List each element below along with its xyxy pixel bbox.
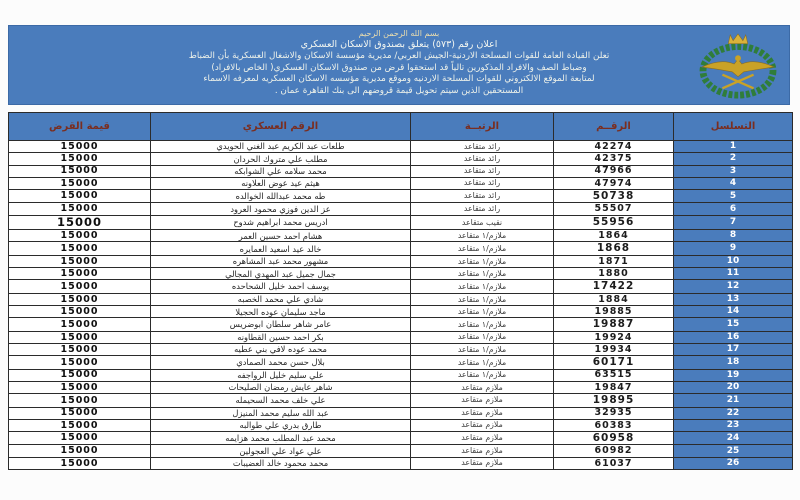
rank-cell: ملازم متقاعد — [411, 457, 554, 469]
loan-value-cell: 15000 — [9, 255, 151, 267]
announcement-banner: بسم الله الرحمن الرحيم اعلان رقم (٥٧٣) ي… — [8, 25, 790, 105]
rank-cell: ملازم متقاعد — [411, 381, 554, 393]
serial-cell: 20 — [674, 381, 793, 393]
loan-value-cell: 15000 — [9, 190, 151, 203]
number-cell: 1871 — [554, 255, 674, 267]
serial-cell: 21 — [674, 394, 793, 407]
loan-value-cell: 15000 — [9, 445, 151, 457]
table-row: 347966رائد متقاعدمحمد سلامه علي الشوابكه… — [9, 165, 793, 177]
serial-cell: 26 — [674, 457, 793, 469]
table-row: 447974رائد متقاعدهيثم عيد عوض العلاونه15… — [9, 177, 793, 189]
loan-value-cell: 15000 — [9, 268, 151, 280]
name-cell: شاهر عايش رمضان الصليحات — [151, 381, 411, 393]
name-cell: علي سليم خليل الرواجفه — [151, 369, 411, 381]
name-cell: محمد عوده لافي بني عطيه — [151, 343, 411, 355]
rank-column-header: الرتبــة — [411, 113, 554, 141]
table-row: 550738رائد متقاعدطه محمد عبدالله الخوالد… — [9, 190, 793, 203]
table-row: 91868ملازم/١ متقاعدخالد عيد اسعيد العماي… — [9, 242, 793, 255]
serial-cell: 3 — [674, 165, 793, 177]
table-row: 1419885ملازم/١ متقاعدماجد سليمان عوده ال… — [9, 306, 793, 318]
rank-cell: رائد متقاعد — [411, 165, 554, 177]
table-row: 142274رائد متقاعدطلعات عبد الكريم عبد ال… — [9, 141, 793, 153]
loan-value-cell: 15000 — [9, 356, 151, 369]
serial-cell: 5 — [674, 190, 793, 203]
rank-cell: ملازم متقاعد — [411, 445, 554, 457]
rank-cell: رائد متقاعد — [411, 190, 554, 203]
number-cell: 1868 — [554, 242, 674, 255]
announcement-title: اعلان رقم (٥٧٣) يتعلق بصندوق الاسكان الع… — [8, 39, 790, 51]
number-cell: 50738 — [554, 190, 674, 203]
number-cell: 47974 — [554, 177, 674, 189]
number-cell: 17422 — [554, 280, 674, 293]
loan-value-cell: 15000 — [9, 318, 151, 331]
name-cell: مطلب علي متروك الحردان — [151, 153, 411, 165]
name-cell: علي خلف محمد السحيمله — [151, 394, 411, 407]
table-row: 1217422ملازم/١ متقاعديوسف احمد خليل الشح… — [9, 280, 793, 293]
name-cell: مشهور محمد عبد المشاهره — [151, 255, 411, 267]
table-body: 142274رائد متقاعدطلعات عبد الكريم عبد ال… — [9, 141, 793, 470]
name-cell: يوسف احمد خليل الشحاحده — [151, 280, 411, 293]
number-cell: 1864 — [554, 230, 674, 242]
name-cell: هشام احمد حسين العمر — [151, 230, 411, 242]
loan-value-cell: 15000 — [9, 153, 151, 165]
name-cell: محمد عبد المطلب محمد هزايمه — [151, 432, 411, 445]
serial-cell: 2 — [674, 153, 793, 165]
serial-cell: 4 — [674, 177, 793, 189]
rank-cell: ملازم متقاعد — [411, 394, 554, 407]
table-row: 1519887ملازم/١ متقاعدعامر شاهر سلطان ابو… — [9, 318, 793, 331]
number-cell: 19895 — [554, 394, 674, 407]
name-cell: طه محمد عبدالله الخوالده — [151, 190, 411, 203]
serial-cell: 11 — [674, 268, 793, 280]
name-cell: بكر احمد حسين القطاونه — [151, 331, 411, 343]
serial-cell: 12 — [674, 280, 793, 293]
table-row: 2019847ملازم متقاعدشاهر عايش رمضان الصلي… — [9, 381, 793, 393]
table-row: 755956نقيب متقاعدادريس محمد ابراهيم شدوح… — [9, 215, 793, 230]
number-cell: 19924 — [554, 331, 674, 343]
table-row: 2360383ملازم متقاعدطارق بدري علي طوالبه1… — [9, 419, 793, 431]
rank-cell: ملازم متقاعد — [411, 407, 554, 419]
rank-cell: ملازم/١ متقاعد — [411, 293, 554, 305]
jordan-armed-forces-emblem-icon — [694, 30, 782, 100]
loans-table: التسلسل الرقــم الرتبــة الرقم العسكري ق… — [8, 112, 793, 470]
rank-cell: نقيب متقاعد — [411, 215, 554, 230]
number-cell: 19847 — [554, 381, 674, 393]
number-cell: 55507 — [554, 203, 674, 215]
number-cell: 63515 — [554, 369, 674, 381]
loan-value-cell: 15000 — [9, 419, 151, 431]
table-row: 2460958ملازم متقاعدمحمد عبد المطلب محمد … — [9, 432, 793, 445]
number-cell: 1880 — [554, 268, 674, 280]
number-cell: 61037 — [554, 457, 674, 469]
table-row: 2560982ملازم متقاعدعلي عواد علي العجولين… — [9, 445, 793, 457]
rank-cell: ملازم/١ متقاعد — [411, 230, 554, 242]
rank-cell: رائد متقاعد — [411, 153, 554, 165]
announcement-line-3: لمتابعة الموقع الالكتروني للقوات المسلحة… — [8, 74, 790, 86]
table-row: 131884ملازم/١ متقاعدشادي علي محمد الخصبه… — [9, 293, 793, 305]
name-cell: عبد الله سليم محمد المنيزل — [151, 407, 411, 419]
table-row: 1860171ملازم/١ متقاعدبلال حسن محمد الصما… — [9, 356, 793, 369]
rank-cell: ملازم متقاعد — [411, 419, 554, 431]
loan-value-cell: 15000 — [9, 141, 151, 153]
name-cell: ماجد سليمان عوده الحجيلا — [151, 306, 411, 318]
name-cell: علي عواد علي العجولين — [151, 445, 411, 457]
table-row: 242375رائد متقاعدمطلب علي متروك الحردان1… — [9, 153, 793, 165]
rank-cell: ملازم/١ متقاعد — [411, 356, 554, 369]
serial-cell: 7 — [674, 215, 793, 230]
rank-cell: ملازم/١ متقاعد — [411, 280, 554, 293]
name-cell: محمد محمود خالد العضيبات — [151, 457, 411, 469]
serial-cell: 25 — [674, 445, 793, 457]
serial-cell: 22 — [674, 407, 793, 419]
number-column-header: الرقــم — [554, 113, 674, 141]
name-cell: خالد عيد اسعيد العمايره — [151, 242, 411, 255]
serial-cell: 19 — [674, 369, 793, 381]
military-number-column-header: الرقم العسكري — [151, 113, 411, 141]
serial-cell: 23 — [674, 419, 793, 431]
table-row: 2232935ملازم متقاعدعبد الله سليم محمد ال… — [9, 407, 793, 419]
serial-cell: 6 — [674, 203, 793, 215]
name-cell: جمال جميل عبد المهدي المجالي — [151, 268, 411, 280]
table-row: 2661037ملازم متقاعدمحمد محمود خالد العضي… — [9, 457, 793, 469]
number-cell: 42274 — [554, 141, 674, 153]
loan-value-cell: 15000 — [9, 242, 151, 255]
serial-cell: 14 — [674, 306, 793, 318]
table-row: 1963515ملازم/١ متقاعدعلي سليم خليل الروا… — [9, 369, 793, 381]
loan-value-cell: 15000 — [9, 293, 151, 305]
number-cell: 42375 — [554, 153, 674, 165]
loan-value-cell: 15000 — [9, 280, 151, 293]
serial-cell: 10 — [674, 255, 793, 267]
table-row: 101871ملازم/١ متقاعدمشهور محمد عبد المشا… — [9, 255, 793, 267]
bismillah-text: بسم الله الرحمن الرحيم — [8, 29, 790, 39]
rank-cell: ملازم/١ متقاعد — [411, 331, 554, 343]
number-cell: 19885 — [554, 306, 674, 318]
serial-cell: 9 — [674, 242, 793, 255]
number-cell: 19887 — [554, 318, 674, 331]
loan-value-cell: 15000 — [9, 369, 151, 381]
rank-cell: ملازم/١ متقاعد — [411, 268, 554, 280]
serial-cell: 13 — [674, 293, 793, 305]
name-cell: شادي علي محمد الخصبه — [151, 293, 411, 305]
loan-value-cell: 15000 — [9, 331, 151, 343]
name-cell: عز الدين فوزي محمود العرود — [151, 203, 411, 215]
name-cell: ادريس محمد ابراهيم شدوح — [151, 215, 411, 230]
table-header-row: التسلسل الرقــم الرتبــة الرقم العسكري ق… — [9, 113, 793, 141]
table-row: 655507رائد متقاعدعز الدين فوزي محمود الع… — [9, 203, 793, 215]
table-row: 1719934ملازم/١ متقاعدمحمد عوده لافي بني … — [9, 343, 793, 355]
table-row: 2119895ملازم متقاعدعلي خلف محمد السحيمله… — [9, 394, 793, 407]
loan-value-column-header: قيمة القرض — [9, 113, 151, 141]
loan-value-cell: 15000 — [9, 306, 151, 318]
loan-value-cell: 15000 — [9, 215, 151, 230]
rank-cell: ملازم/١ متقاعد — [411, 255, 554, 267]
rank-cell: ملازم/١ متقاعد — [411, 306, 554, 318]
loan-value-cell: 15000 — [9, 407, 151, 419]
loan-value-cell: 15000 — [9, 343, 151, 355]
rank-cell: ملازم/١ متقاعد — [411, 318, 554, 331]
name-cell: طارق بدري علي طوالبه — [151, 419, 411, 431]
serial-cell: 18 — [674, 356, 793, 369]
loan-value-cell: 15000 — [9, 230, 151, 242]
serial-cell: 16 — [674, 331, 793, 343]
name-cell: محمد سلامه علي الشوابكه — [151, 165, 411, 177]
number-cell: 32935 — [554, 407, 674, 419]
loan-value-cell: 15000 — [9, 165, 151, 177]
serial-cell: 24 — [674, 432, 793, 445]
name-cell: طلعات عبد الكريم عبد الغني الحويدي — [151, 141, 411, 153]
number-cell: 55956 — [554, 215, 674, 230]
number-cell: 60958 — [554, 432, 674, 445]
name-cell: هيثم عيد عوض العلاونه — [151, 177, 411, 189]
announcement-line-1: تعلن القيادة العامة للقوات المسلحة الارد… — [8, 51, 790, 63]
table-row: 81864ملازم/١ متقاعدهشام احمد حسين العمر1… — [9, 230, 793, 242]
rank-cell: رائد متقاعد — [411, 203, 554, 215]
rank-cell: ملازم/١ متقاعد — [411, 242, 554, 255]
loan-value-cell: 15000 — [9, 457, 151, 469]
number-cell: 60982 — [554, 445, 674, 457]
number-cell: 60383 — [554, 419, 674, 431]
rank-cell: رائد متقاعد — [411, 141, 554, 153]
number-cell: 1884 — [554, 293, 674, 305]
announcement-line-4: المستحقين الذين سيتم تحويل قيمة قروضهم ا… — [8, 86, 790, 98]
number-cell: 60171 — [554, 356, 674, 369]
name-cell: بلال حسن محمد الصمادي — [151, 356, 411, 369]
rank-cell: رائد متقاعد — [411, 177, 554, 189]
table-row: 111880ملازم/١ متقاعدجمال جميل عبد المهدي… — [9, 268, 793, 280]
serial-cell: 1 — [674, 141, 793, 153]
rank-cell: ملازم متقاعد — [411, 432, 554, 445]
loan-value-cell: 15000 — [9, 203, 151, 215]
serial-column-header: التسلسل — [674, 113, 793, 141]
scanned-announcement-page: بسم الله الرحمن الرحيم اعلان رقم (٥٧٣) ي… — [0, 0, 800, 500]
serial-cell: 17 — [674, 343, 793, 355]
rank-cell: ملازم/١ متقاعد — [411, 343, 554, 355]
rank-cell: ملازم/١ متقاعد — [411, 369, 554, 381]
number-cell: 19934 — [554, 343, 674, 355]
announcement-line-2: وضباط الصف والافراد المذكورين تالياً قد … — [8, 63, 790, 75]
loan-value-cell: 15000 — [9, 177, 151, 189]
loan-value-cell: 15000 — [9, 394, 151, 407]
loan-value-cell: 15000 — [9, 432, 151, 445]
serial-cell: 15 — [674, 318, 793, 331]
table-row: 1619924ملازم/١ متقاعدبكر احمد حسين القطا… — [9, 331, 793, 343]
number-cell: 47966 — [554, 165, 674, 177]
loan-value-cell: 15000 — [9, 381, 151, 393]
name-cell: عامر شاهر سلطان ابوضريس — [151, 318, 411, 331]
serial-cell: 8 — [674, 230, 793, 242]
